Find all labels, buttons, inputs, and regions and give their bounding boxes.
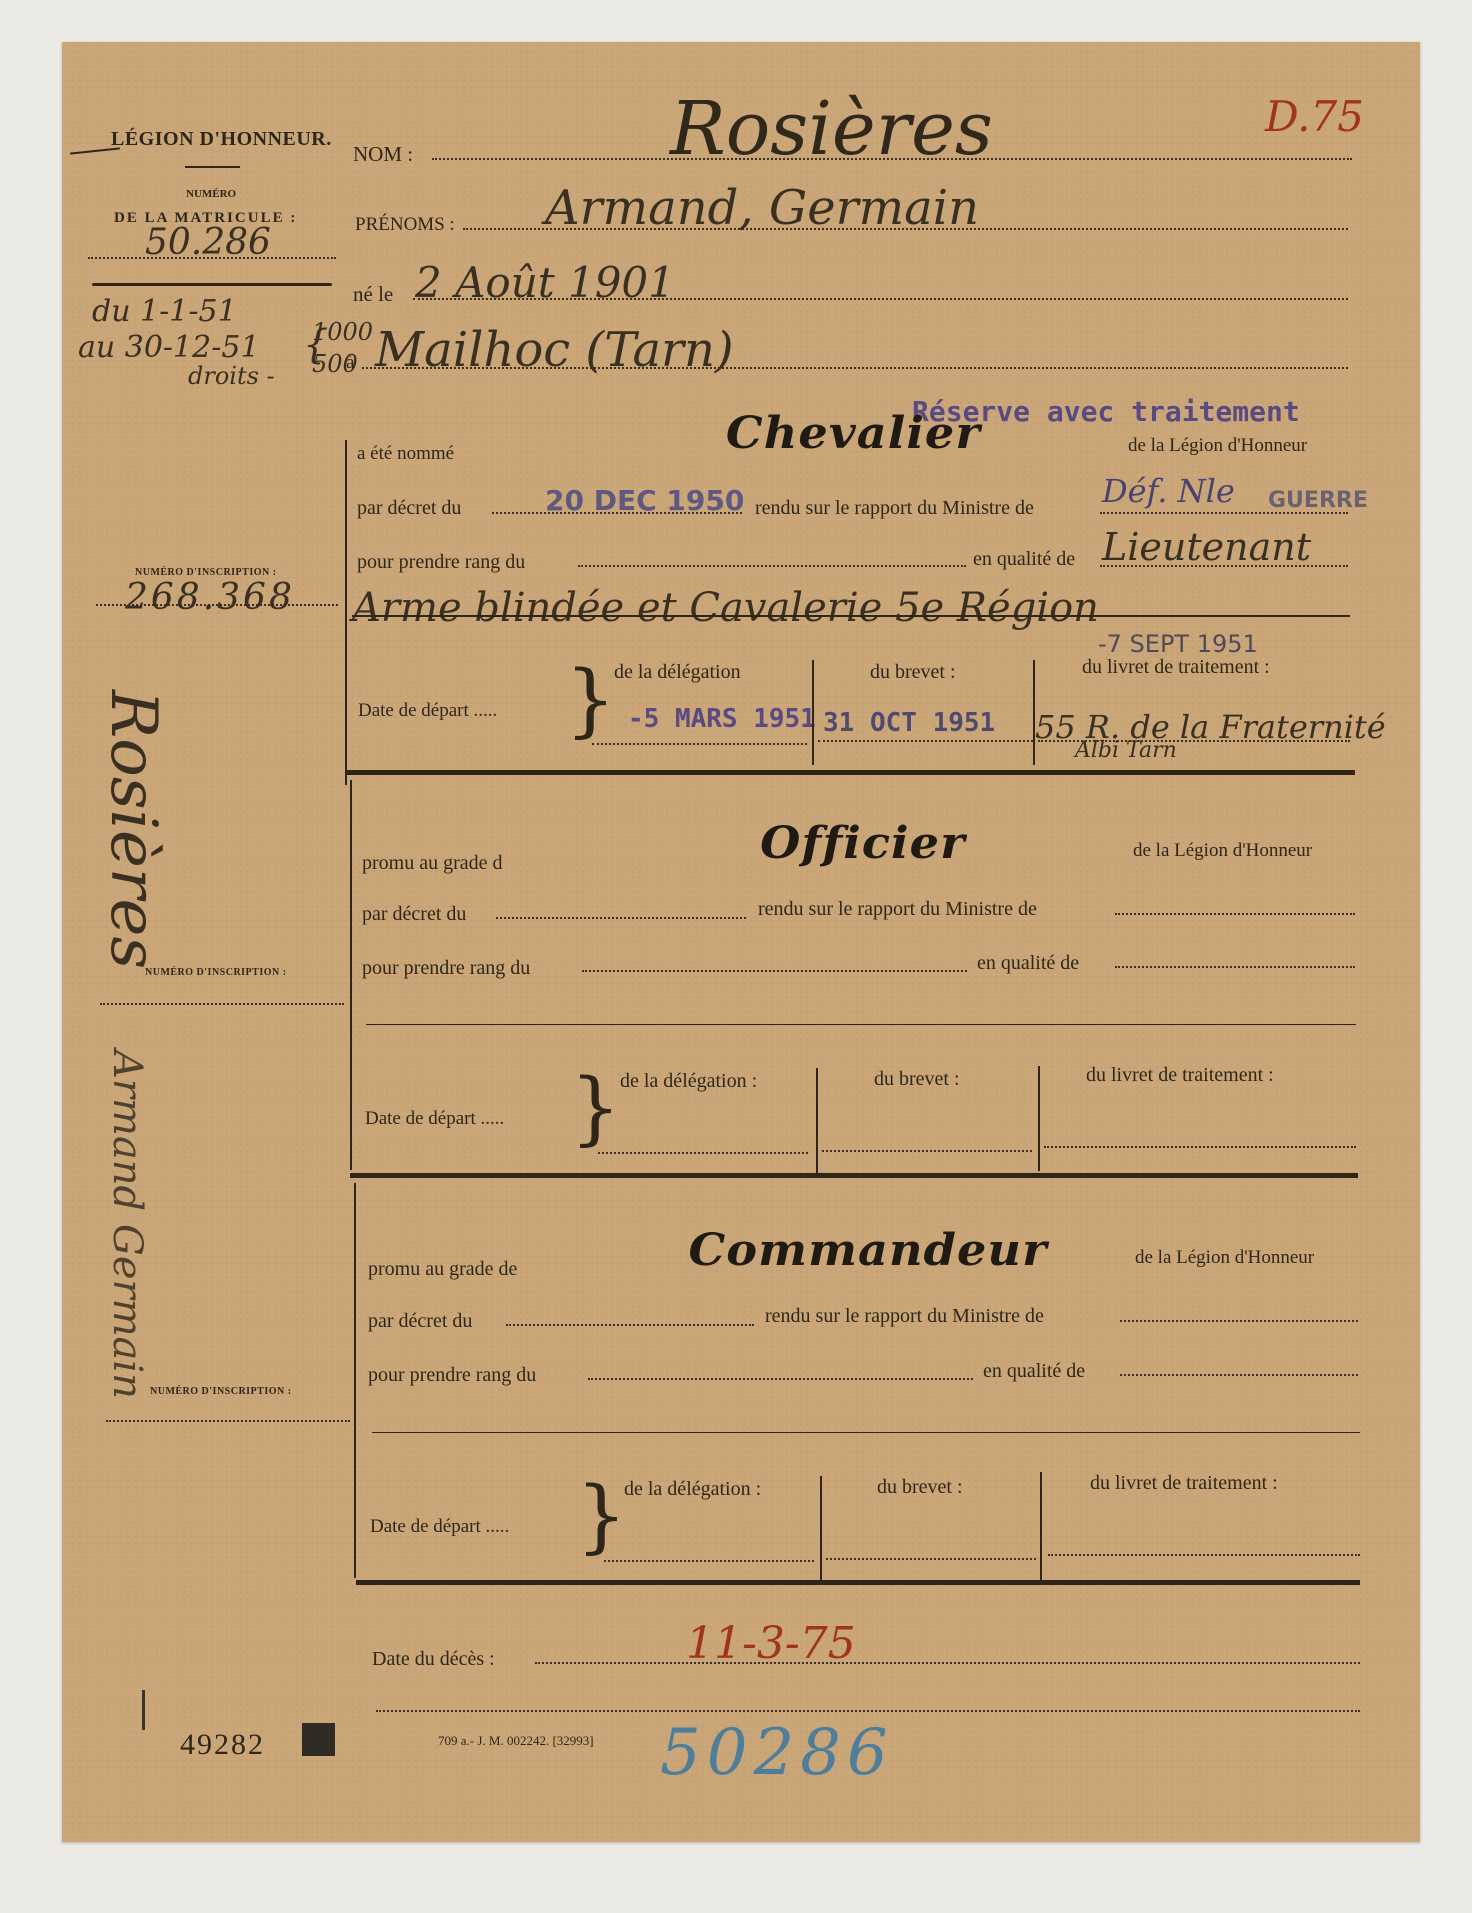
- footer-blank-line: [376, 1710, 1360, 1712]
- chevalier-brevet-label: du brevet :: [870, 661, 956, 684]
- commandeur-rapport-label: rendu sur le rapport du Ministre de: [765, 1305, 1044, 1328]
- commandeur-intro: promu au grade de: [368, 1258, 517, 1281]
- inscription-dotted-line-1: [96, 604, 338, 606]
- commandeur-livret-line: [1048, 1554, 1360, 1556]
- commandeur-qualite-label: en qualité de: [983, 1360, 1085, 1383]
- chevalier-date-depart-label: Date de départ .....: [358, 700, 497, 722]
- commandeur-section-divider: [356, 1580, 1360, 1585]
- officier-decret-line: [496, 917, 746, 919]
- commandeur-brevet-label: du brevet :: [877, 1476, 963, 1499]
- officier-livret-line: [1044, 1146, 1356, 1148]
- chevalier-brevet-line: [818, 740, 1033, 742]
- chevalier-decret-value: 20 DEC 1950: [545, 484, 744, 517]
- officier-ministre-line: [1115, 913, 1355, 915]
- side-note-amount-1: 1000: [312, 318, 373, 346]
- corner-annotation: D.75: [1265, 92, 1364, 141]
- officier-rang-label: pour prendre rang du: [362, 957, 530, 980]
- chevalier-ministre-stamp: GUERRE: [1268, 488, 1368, 513]
- side-note-to: au 30-12-51: [78, 330, 260, 365]
- chevalier-section-divider: [345, 770, 1355, 775]
- commandeur-delegation-label: de la délégation :: [624, 1478, 761, 1501]
- chevalier-rang-line: [578, 565, 966, 567]
- matricule-label-top: NUMÉRO: [186, 188, 236, 200]
- chevalier-suffix: de la Légion d'Honneur: [1128, 435, 1307, 457]
- vertical-surname: Rosières: [96, 690, 170, 969]
- chevalier-brace: }: [565, 660, 616, 740]
- prenoms-value: Armand, Germain: [545, 180, 979, 236]
- officier-brevet-line: [822, 1150, 1032, 1152]
- ne-le-value: 2 Août 1901: [415, 258, 675, 307]
- officier-intro: promu au grade d: [362, 852, 503, 875]
- officier-rang-line: [582, 970, 967, 972]
- officier-brace: }: [570, 1068, 621, 1148]
- chevalier-livret-line: [1038, 740, 1350, 742]
- commandeur-delegation-line: [604, 1560, 814, 1562]
- inscription-dotted-line-3: [106, 1420, 350, 1422]
- commandeur-divider-2: [1040, 1472, 1042, 1582]
- officier-bracket: [350, 780, 352, 1170]
- officier-livret-label: du livret de traitement :: [1086, 1064, 1274, 1087]
- officier-grade-title: Officier: [760, 818, 965, 869]
- side-note-rights: droits -: [188, 362, 275, 390]
- chevalier-decret-label: par décret du: [357, 497, 461, 520]
- side-note-from: du 1-1-51: [92, 294, 237, 329]
- chevalier-delegation-line: [592, 743, 807, 745]
- chevalier-arme-value: Arme blindée et Cavalerie 5e Région: [352, 585, 1099, 631]
- commandeur-decret-line: [506, 1324, 754, 1326]
- title-rule: [185, 166, 240, 168]
- commandeur-grade-title: Commandeur: [688, 1225, 1047, 1276]
- commandeur-rang-line: [588, 1378, 973, 1380]
- officier-divider-1: [816, 1068, 818, 1173]
- officier-delegation-line: [598, 1152, 808, 1154]
- chevalier-bracket: [345, 440, 347, 785]
- chevalier-ministre-value: Déf. Nle: [1102, 472, 1235, 510]
- commandeur-livret-label: du livret de traitement :: [1090, 1472, 1278, 1495]
- commandeur-brace: }: [576, 1476, 627, 1556]
- print-code: 709 a.- J. M. 002242. [32993]: [438, 1733, 594, 1749]
- commandeur-brevet-line: [826, 1558, 1036, 1560]
- chevalier-rang-label: pour prendre rang du: [357, 551, 525, 574]
- chevalier-brevet-value: 31 OCT 1951: [823, 708, 995, 738]
- nom-label: NOM :: [353, 142, 413, 167]
- officier-blank-line: [366, 1024, 1356, 1025]
- chevalier-delegation-label: de la délégation: [614, 661, 741, 684]
- commandeur-ministre-line: [1120, 1320, 1358, 1322]
- vertical-given-names: Armand Germain: [104, 1050, 150, 1399]
- chevalier-grade-title: Chevalier: [726, 408, 981, 459]
- blue-reference-number: 50286: [660, 1716, 894, 1790]
- nom-value: Rosières: [670, 86, 993, 172]
- chevalier-divider-1: [812, 660, 814, 765]
- chevalier-intro: a été nommé: [357, 443, 454, 465]
- a-label: à: [346, 352, 354, 374]
- chevalier-qualite-label: en qualité de: [973, 548, 1075, 571]
- serial-stamp: 49282: [180, 1728, 265, 1762]
- inscription-label-3: NUMÉRO D'INSCRIPTION :: [150, 1386, 292, 1397]
- matricule-dotted-line: [88, 257, 336, 259]
- officier-decret-label: par décret du: [362, 903, 466, 926]
- officier-section-divider: [350, 1173, 1358, 1178]
- chevalier-rapport-label: rendu sur le rapport du Ministre de: [755, 497, 1034, 520]
- chevalier-livret-label: du livret de traitement :: [1082, 656, 1270, 679]
- inscription-dotted-line-2: [100, 1003, 344, 1005]
- a-value: Mailhoc (Tarn): [375, 322, 734, 378]
- deces-line: [535, 1662, 1360, 1664]
- commandeur-date-depart-label: Date de départ .....: [370, 1516, 509, 1538]
- deces-label: Date du décès :: [372, 1648, 495, 1671]
- officier-divider-2: [1038, 1066, 1040, 1171]
- officier-qualite-label: en qualité de: [977, 952, 1079, 975]
- chevalier-qualite-value: Lieutenant: [1102, 525, 1311, 569]
- commandeur-suffix: de la Légion d'Honneur: [1135, 1247, 1314, 1269]
- commandeur-divider-1: [820, 1476, 822, 1584]
- deces-value: 11-3-75: [686, 1618, 856, 1669]
- org-title: LÉGION D'HONNEUR.: [111, 128, 332, 151]
- matricule-rule: [92, 283, 332, 286]
- chevalier-delegation-value: -5 MARS 1951: [628, 704, 816, 734]
- commandeur-qualite-line: [1120, 1374, 1358, 1376]
- document-card: [62, 42, 1420, 1842]
- commandeur-blank-line: [372, 1432, 1360, 1433]
- commandeur-rang-label: pour prendre rang du: [368, 1364, 536, 1387]
- officier-date-depart-label: Date de départ .....: [365, 1108, 504, 1130]
- commandeur-bracket: [354, 1183, 356, 1578]
- prenoms-label: PRÉNOMS :: [355, 214, 455, 236]
- officier-rapport-label: rendu sur le rapport du Ministre de: [758, 898, 1037, 921]
- officier-qualite-line: [1115, 966, 1355, 968]
- serial-stamp-block: [302, 1723, 335, 1756]
- chevalier-livret-stamp: -7 SEPT 1951: [1098, 630, 1258, 658]
- officier-suffix: de la Légion d'Honneur: [1133, 840, 1312, 862]
- inscription-value-1: 268.368: [125, 577, 295, 618]
- officier-delegation-label: de la délégation :: [620, 1070, 757, 1093]
- edge-mark: [142, 1690, 145, 1730]
- chevalier-arme-line: [352, 615, 1350, 617]
- ne-le-label: né le: [353, 282, 393, 307]
- officier-brevet-label: du brevet :: [874, 1068, 960, 1091]
- commandeur-decret-label: par décret du: [368, 1310, 472, 1333]
